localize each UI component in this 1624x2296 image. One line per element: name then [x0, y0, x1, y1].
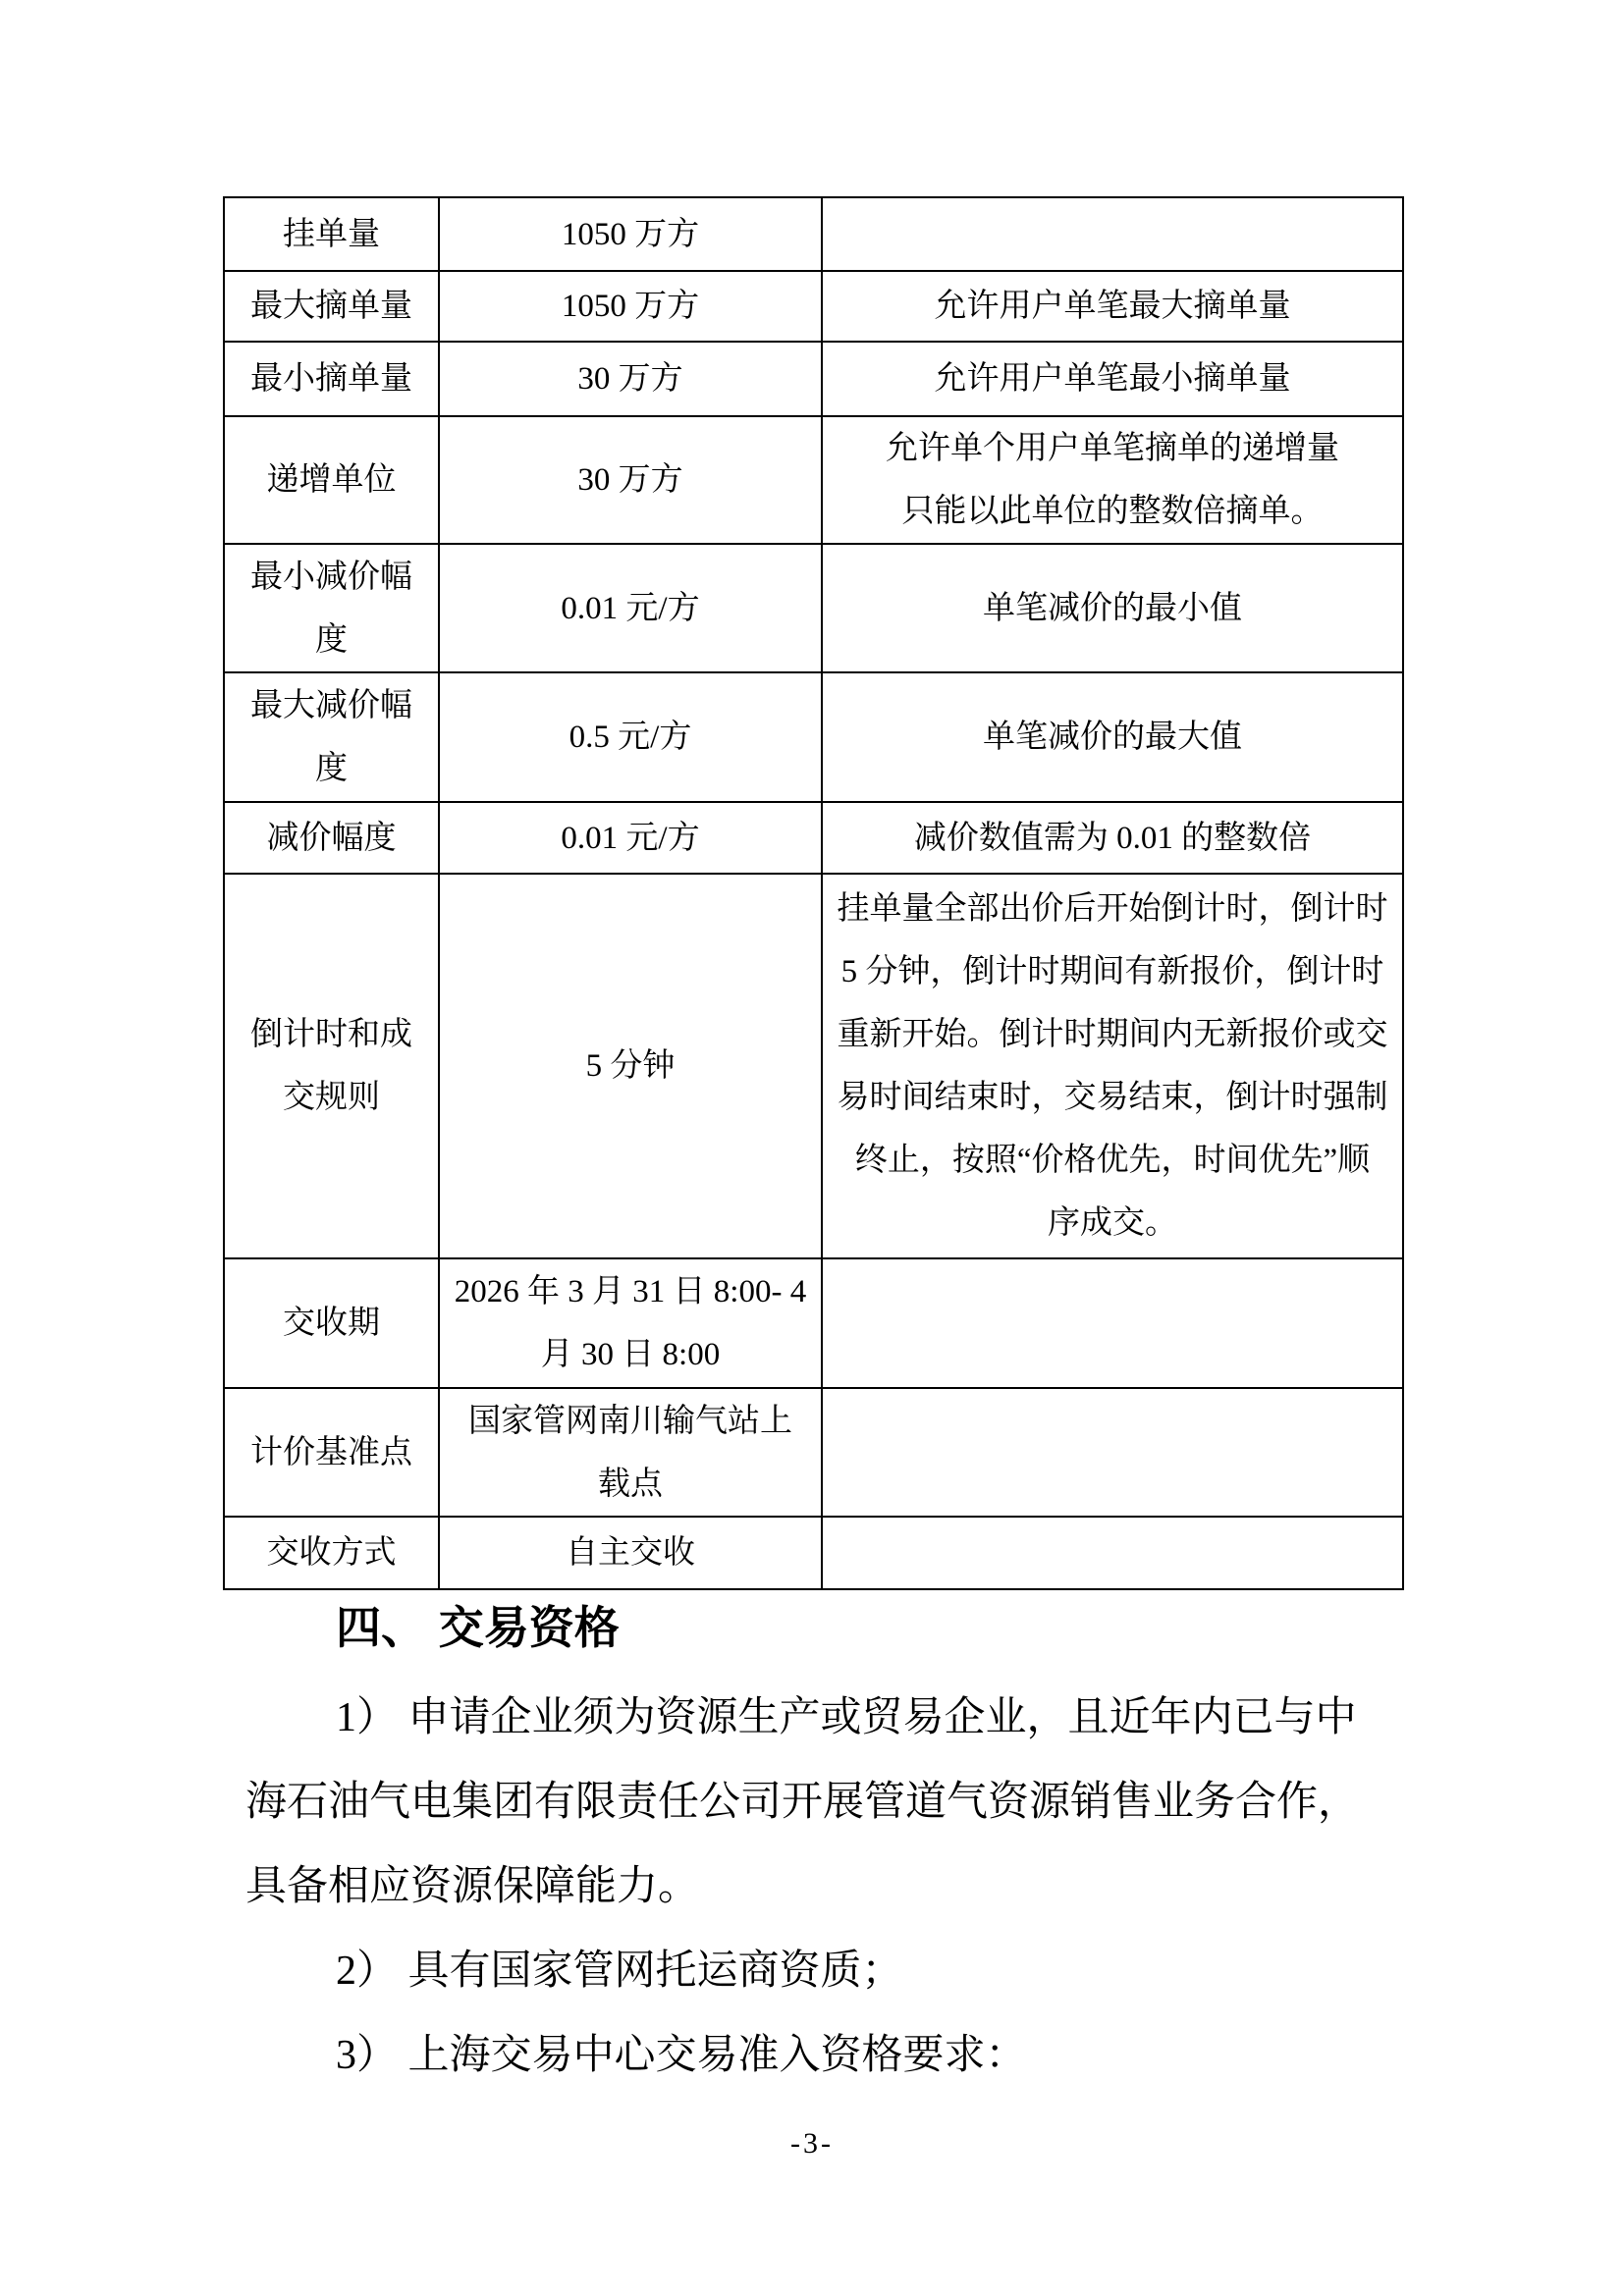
cell-line: 度 [235, 737, 428, 800]
cell-line: 月 30 日 8:00 [450, 1323, 811, 1386]
cell-line: 0.01 元/方 [450, 807, 811, 870]
table-cell-desc: 允许单个用户单笔摘单的递增量只能以此单位的整数倍摘单。 [822, 416, 1403, 544]
body-paragraph-line: 2） 具有国家管网托运商资质； [245, 1929, 1424, 2013]
table-cell-value: 1050 万方 [439, 271, 822, 342]
table-cell-desc [822, 1517, 1403, 1589]
table-cell-desc: 单笔减价的最小值 [822, 544, 1403, 672]
cell-line: 重新开始。倒计时期间内无新报价或交 [833, 1003, 1392, 1066]
table-cell-label: 递增单位 [224, 416, 439, 544]
table-cell-value: 2026 年 3 月 31 日 8:00- 4月 30 日 8:00 [439, 1258, 822, 1388]
cell-line: 国家管网南川输气站上 [450, 1390, 811, 1453]
document-page: 挂单量1050 万方最大摘单量1050 万方允许用户单笔最大摘单量最小摘单量30… [0, 0, 1624, 2296]
cell-line: 允许用户单笔最小摘单量 [833, 347, 1392, 410]
parameters-table: 挂单量1050 万方最大摘单量1050 万方允许用户单笔最大摘单量最小摘单量30… [223, 196, 1404, 1590]
table-row: 最小摘单量30 万方允许用户单笔最小摘单量 [224, 342, 1403, 416]
table-row: 递增单位30 万方允许单个用户单笔摘单的递增量只能以此单位的整数倍摘单。 [224, 416, 1403, 544]
table-cell-label: 最小摘单量 [224, 342, 439, 416]
cell-line: 30 万方 [450, 347, 811, 410]
table-cell-desc [822, 1388, 1403, 1517]
page-number: -3- [0, 2122, 1624, 2165]
table-cell-label: 减价幅度 [224, 802, 439, 874]
cell-line: 载点 [450, 1453, 811, 1516]
cell-line: 交规则 [235, 1066, 428, 1129]
table-cell-value: 自主交收 [439, 1517, 822, 1589]
table-cell-desc: 允许用户单笔最大摘单量 [822, 271, 1403, 342]
table-cell-desc [822, 197, 1403, 271]
table-row: 倒计时和成交规则5 分钟挂单量全部出价后开始倒计时，倒计时5 分钟，倒计时期间有… [224, 874, 1403, 1258]
table-cell-value: 30 万方 [439, 342, 822, 416]
cell-line: 0.5 元/方 [450, 706, 811, 769]
cell-line: 单笔减价的最大值 [833, 706, 1392, 769]
cell-line: 最小摘单量 [235, 347, 428, 410]
table-row: 计价基准点国家管网南川输气站上载点 [224, 1388, 1403, 1517]
cell-line: 倒计时和成 [235, 1003, 428, 1066]
table-row: 减价幅度0.01 元/方减价数值需为 0.01 的整数倍 [224, 802, 1403, 874]
table-cell-desc: 允许用户单笔最小摘单量 [822, 342, 1403, 416]
table-cell-value: 0.5 元/方 [439, 672, 822, 802]
cell-line: 终止，按照“价格优先，时间优先”顺 [833, 1129, 1392, 1192]
table-cell-label: 最大摘单量 [224, 271, 439, 342]
cell-line: 5 分钟，倒计时期间有新报价，倒计时 [833, 940, 1392, 1003]
cell-line: 最大摘单量 [235, 275, 428, 338]
table-row: 挂单量1050 万方 [224, 197, 1403, 271]
table-cell-label: 交收方式 [224, 1517, 439, 1589]
table-cell-label: 挂单量 [224, 197, 439, 271]
cell-line: 减价幅度 [235, 807, 428, 870]
cell-line: 只能以此单位的整数倍摘单。 [833, 480, 1392, 543]
cell-line: 单笔减价的最小值 [833, 577, 1392, 640]
cell-line: 序成交。 [833, 1192, 1392, 1255]
table-cell-desc [822, 1258, 1403, 1388]
body-paragraph-line: 海石油气电集团有限责任公司开展管道气资源销售业务合作， [245, 1760, 1424, 1844]
cell-line: 0.01 元/方 [450, 577, 811, 640]
table-cell-label: 计价基准点 [224, 1388, 439, 1517]
cell-line: 递增单位 [235, 449, 428, 511]
body-paragraph-line: 3） 上海交易中心交易准入资格要求： [245, 2013, 1424, 2098]
cell-line: 允许单个用户单笔摘单的递增量 [833, 417, 1392, 480]
table-cell-label: 最大减价幅度 [224, 672, 439, 802]
cell-line: 最大减价幅 [235, 674, 428, 737]
cell-line: 最小减价幅 [235, 546, 428, 609]
table-cell-label: 倒计时和成交规则 [224, 874, 439, 1258]
cell-line: 度 [235, 609, 428, 671]
table-cell-label: 交收期 [224, 1258, 439, 1388]
section-heading: 四、 交易资格 [245, 1598, 1514, 1657]
cell-line: 计价基准点 [235, 1421, 428, 1484]
cell-line: 30 万方 [450, 449, 811, 511]
cell-line: 挂单量全部出价后开始倒计时，倒计时 [833, 878, 1392, 940]
cell-line: 减价数值需为 0.01 的整数倍 [833, 807, 1392, 870]
table-cell-value: 0.01 元/方 [439, 802, 822, 874]
cell-line: 易时间结束时，交易结束，倒计时强制 [833, 1066, 1392, 1129]
table-row: 交收期2026 年 3 月 31 日 8:00- 4月 30 日 8:00 [224, 1258, 1403, 1388]
cell-line: 5 分钟 [450, 1035, 811, 1097]
body-paragraph-line: 具备相应资源保障能力。 [245, 1844, 1424, 1929]
table-row: 最大减价幅度0.5 元/方单笔减价的最大值 [224, 672, 1403, 802]
cell-line: 允许用户单笔最大摘单量 [833, 275, 1392, 338]
table-cell-value: 5 分钟 [439, 874, 822, 1258]
cell-line: 1050 万方 [450, 275, 811, 338]
table-cell-value: 30 万方 [439, 416, 822, 544]
table-cell-desc: 减价数值需为 0.01 的整数倍 [822, 802, 1403, 874]
body-paragraph-line: 1） 申请企业须为资源生产或贸易企业，且近年内已与中 [245, 1676, 1424, 1760]
cell-line: 挂单量 [235, 203, 428, 266]
table-row: 最小减价幅度0.01 元/方单笔减价的最小值 [224, 544, 1403, 672]
cell-line: 交收期 [235, 1292, 428, 1355]
table-cell-desc: 单笔减价的最大值 [822, 672, 1403, 802]
table-row: 最大摘单量1050 万方允许用户单笔最大摘单量 [224, 271, 1403, 342]
cell-line: 交收方式 [235, 1522, 428, 1584]
table-cell-value: 0.01 元/方 [439, 544, 822, 672]
table-cell-desc: 挂单量全部出价后开始倒计时，倒计时5 分钟，倒计时期间有新报价，倒计时重新开始。… [822, 874, 1403, 1258]
table-cell-value: 国家管网南川输气站上载点 [439, 1388, 822, 1517]
cell-line: 2026 年 3 月 31 日 8:00- 4 [450, 1260, 811, 1323]
table-cell-label: 最小减价幅度 [224, 544, 439, 672]
section-body: 1） 申请企业须为资源生产或贸易企业，且近年内已与中海石油气电集团有限责任公司开… [245, 1676, 1424, 2098]
cell-line: 自主交收 [450, 1522, 811, 1584]
table-row: 交收方式自主交收 [224, 1517, 1403, 1589]
cell-line: 1050 万方 [450, 203, 811, 266]
table-cell-value: 1050 万方 [439, 197, 822, 271]
